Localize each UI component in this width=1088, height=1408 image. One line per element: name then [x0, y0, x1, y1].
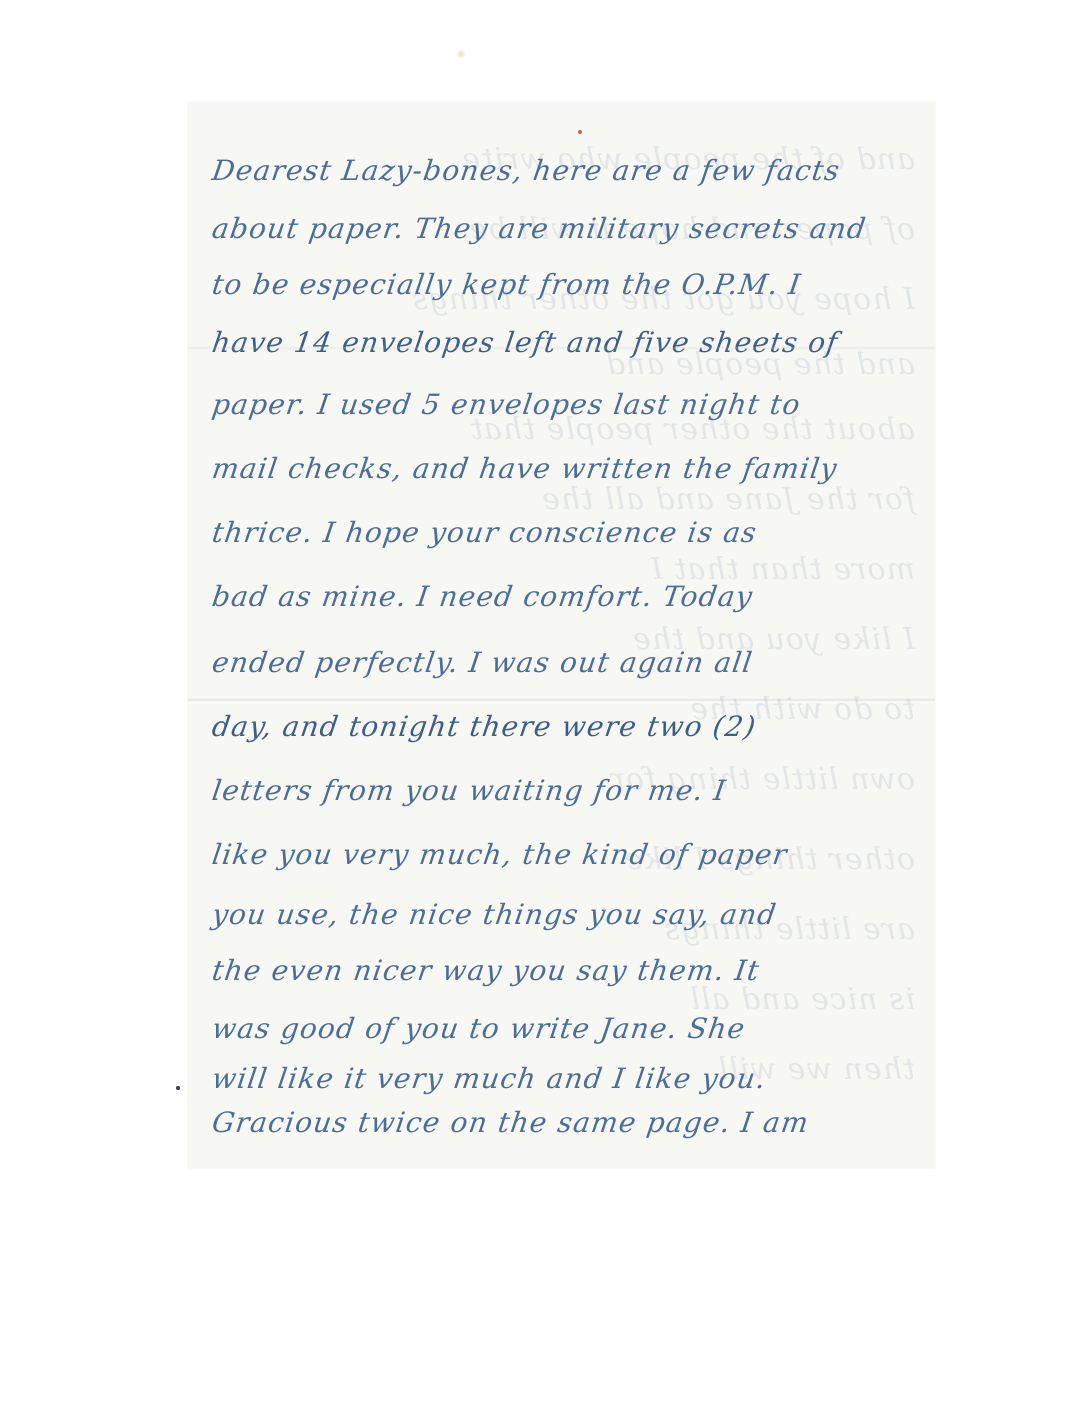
- handwritten-line: will like it very much and I like you.: [210, 1062, 769, 1095]
- handwritten-line: the even nicer way you say them. It: [210, 954, 762, 987]
- handwritten-line: Dearest Lazy-bones, here are a few facts: [210, 154, 842, 187]
- ink-speck: [578, 130, 582, 134]
- handwritten-line: like you very much, the kind of paper: [210, 838, 790, 871]
- handwritten-body: Dearest Lazy-bones, here are a few facts…: [188, 102, 935, 1168]
- handwritten-line: you use, the nice things you say, and: [210, 898, 779, 931]
- handwritten-line: ended perfectly. I was out again all: [210, 646, 755, 679]
- handwritten-line: day, and tonight there were two (2): [210, 710, 759, 743]
- handwritten-line: was good of you to write Jane. She: [210, 1012, 748, 1045]
- handwritten-line: bad as mine. I need comfort. Today: [210, 580, 755, 613]
- handwritten-line: have 14 envelopes left and five sheets o…: [210, 326, 840, 359]
- handwritten-line: letters from you waiting for me. I: [210, 774, 729, 807]
- handwritten-line: Gracious twice on the same page. I am: [210, 1106, 811, 1139]
- handwritten-line: mail checks, and have written the family: [210, 452, 840, 485]
- scanner-background: and of the people who write of paper and…: [0, 0, 1088, 1408]
- letter-page: and of the people who write of paper and…: [188, 102, 935, 1168]
- handwritten-line: thrice. I hope your conscience is as: [210, 516, 759, 549]
- handwritten-line: paper. I used 5 envelopes last night to: [210, 388, 803, 421]
- scan-speck: [455, 50, 467, 58]
- handwritten-line: to be especially kept from the O.P.M. I: [210, 268, 803, 301]
- margin-dot: [176, 1086, 180, 1090]
- handwritten-line: about paper. They are military secrets a…: [210, 212, 869, 245]
